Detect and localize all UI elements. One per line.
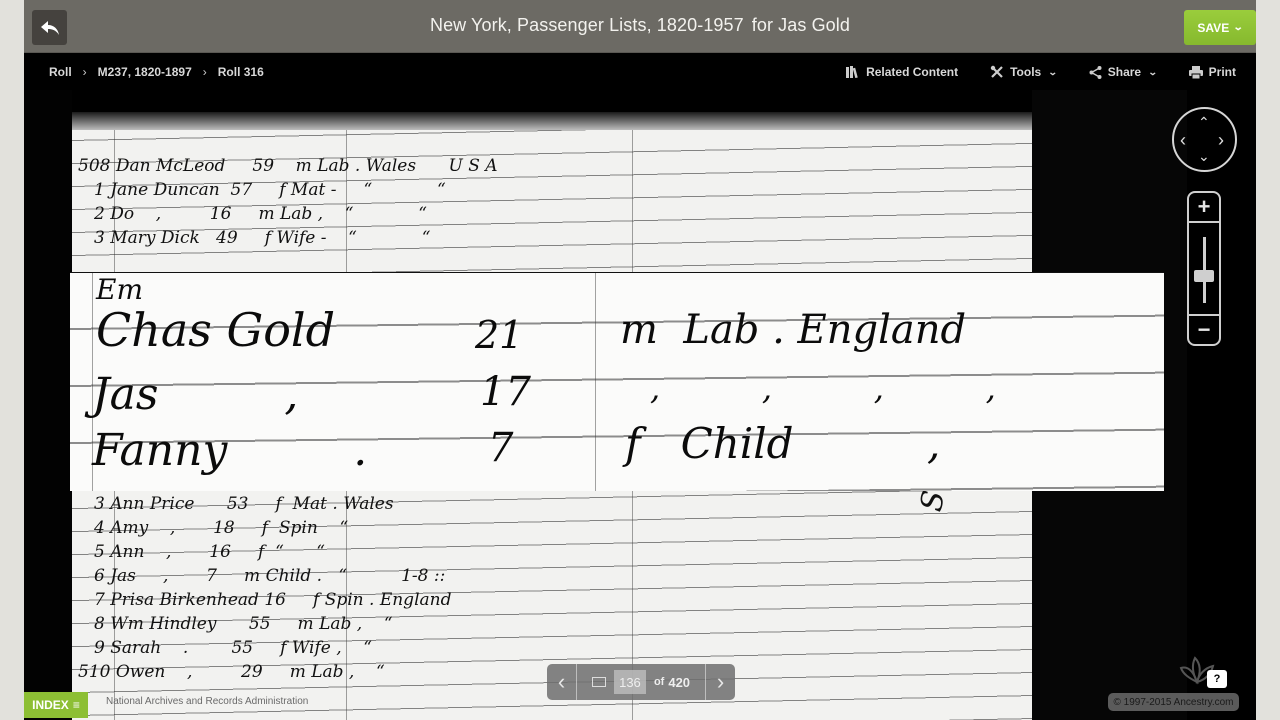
hamburger-icon: ≡: [73, 698, 80, 712]
page-number-input[interactable]: 136: [614, 670, 646, 694]
record-row: 510 Owen , 29 m Lab , “: [78, 662, 385, 682]
record-sex-occupation: f Child ,: [625, 419, 940, 468]
next-image-button[interactable]: ›: [705, 664, 735, 700]
magnified-record-strip[interactable]: Em Chas Gold 21 m Lab . England Jas , 17…: [70, 272, 1164, 491]
pan-down-icon[interactable]: ⌄: [1198, 149, 1210, 163]
record-row: 5 Ann , 16 f “ “: [94, 542, 325, 562]
chevron-down-icon: ⌄: [1233, 22, 1244, 33]
chevron-right-icon: ›: [717, 669, 724, 695]
pan-left-icon[interactable]: ‹: [1180, 131, 1186, 149]
pan-control[interactable]: ⌃ ‹ › ⌄: [1172, 107, 1237, 172]
of-label: of: [654, 676, 664, 688]
index-label: INDEX: [32, 698, 69, 712]
filmstrip-icon[interactable]: [592, 677, 606, 687]
column-divider: [595, 273, 596, 491]
help-button[interactable]: ?: [1207, 670, 1227, 688]
print-label: Print: [1209, 65, 1236, 79]
related-content-button[interactable]: Related Content: [846, 65, 958, 79]
total-pages: 420: [668, 675, 690, 690]
chevron-down-icon: ⌄: [1048, 67, 1058, 78]
record-row: 2 Do , 16 m Lab , “ “: [94, 204, 427, 224]
tools-label: Tools: [1010, 65, 1041, 79]
record-row: 6 Jas , 7 m Child . “ 1-8 ::: [94, 566, 445, 586]
zoom-in-button[interactable]: +: [1189, 193, 1219, 223]
record-row: 3 Ann Price 53 f Mat . Wales: [94, 494, 394, 514]
tools-icon: [990, 65, 1004, 79]
record-ditto: , , , ,: [650, 369, 996, 407]
breadcrumb: Roll › M237, 1820-1897 › Roll 316: [49, 65, 264, 79]
archive-credit: National Archives and Records Administra…: [106, 696, 308, 707]
breadcrumb-current-roll[interactable]: Roll 316: [218, 65, 264, 79]
printer-icon: [1189, 66, 1203, 79]
person-name: for Jas Gold: [752, 15, 850, 35]
save-label: SAVE: [1197, 21, 1229, 35]
zoom-out-button[interactable]: −: [1189, 314, 1219, 344]
partial-name: Em: [96, 273, 143, 306]
record-row: 508 Dan McLeod 59 m Lab . Wales U S A: [78, 156, 498, 176]
breadcrumb-separator: ›: [203, 65, 207, 79]
record-row: 1 Jane Duncan 57 f Mat - “ “: [94, 180, 446, 200]
collection-title: New York, Passenger Lists, 1820-1957: [430, 15, 744, 35]
tools-menu[interactable]: Tools ⌄: [990, 65, 1057, 79]
chevron-left-icon: ‹: [558, 669, 565, 695]
index-toggle-button[interactable]: INDEX ≡: [24, 692, 88, 718]
books-icon: [846, 66, 860, 78]
share-label: Share: [1108, 65, 1141, 79]
save-button[interactable]: SAVE ⌄: [1184, 10, 1256, 45]
share-icon: [1089, 66, 1102, 79]
page-title: New York, Passenger Lists, 1820-1957for …: [24, 15, 1256, 36]
pan-up-icon[interactable]: ⌃: [1198, 115, 1210, 129]
copyright-notice: © 1997-2015 Ancestry.com: [1108, 693, 1239, 711]
record-sex-occupation: m Lab . England: [620, 307, 966, 353]
zoom-slider-thumb[interactable]: [1194, 270, 1214, 282]
toolbar: Roll › M237, 1820-1897 › Roll 316 Relate…: [24, 54, 1256, 90]
breadcrumb-series[interactable]: M237, 1820-1897: [98, 65, 192, 79]
record-row: 7 Prisa Birkenhead 16 f Spin . England: [94, 590, 451, 610]
pan-right-icon[interactable]: ›: [1218, 131, 1224, 149]
highlighted-record-row: Chas Gold: [96, 303, 335, 357]
image-margin-left: [24, 90, 72, 720]
record-row: Fanny .: [92, 425, 367, 476]
record-row: 8 Wm Hindley 55 m Lab , “: [94, 614, 393, 634]
image-viewer: New York, Passenger Lists, 1820-1957for …: [24, 0, 1256, 720]
record-row: 3 Mary Dick 49 f Wife - “ “: [94, 228, 430, 248]
header-bar: New York, Passenger Lists, 1820-1957for …: [24, 0, 1256, 53]
previous-image-button[interactable]: ‹: [547, 664, 577, 700]
image-edge-shadow: [72, 112, 1032, 130]
record-row: 4 Amy , 18 f Spin “: [94, 518, 348, 538]
pager-center: 136 of 420: [577, 670, 705, 694]
image-pager: ‹ 136 of 420 ›: [547, 664, 735, 700]
share-menu[interactable]: Share ⌄: [1089, 65, 1157, 79]
record-row: Jas ,: [92, 369, 298, 420]
chevron-down-icon: ⌄: [1148, 67, 1158, 78]
related-content-label: Related Content: [866, 65, 958, 79]
print-button[interactable]: Print: [1189, 65, 1236, 79]
record-row: 9 Sarah . 55 f Wife , “: [94, 638, 372, 658]
breadcrumb-roll[interactable]: Roll: [49, 65, 72, 79]
breadcrumb-separator: ›: [83, 65, 87, 79]
toolbar-actions: Related Content Tools ⌄ Share ⌄: [846, 65, 1236, 79]
record-age: 21: [475, 313, 523, 357]
zoom-control: + −: [1187, 191, 1221, 346]
record-age: 7: [488, 425, 513, 471]
record-age: 17: [480, 369, 531, 415]
